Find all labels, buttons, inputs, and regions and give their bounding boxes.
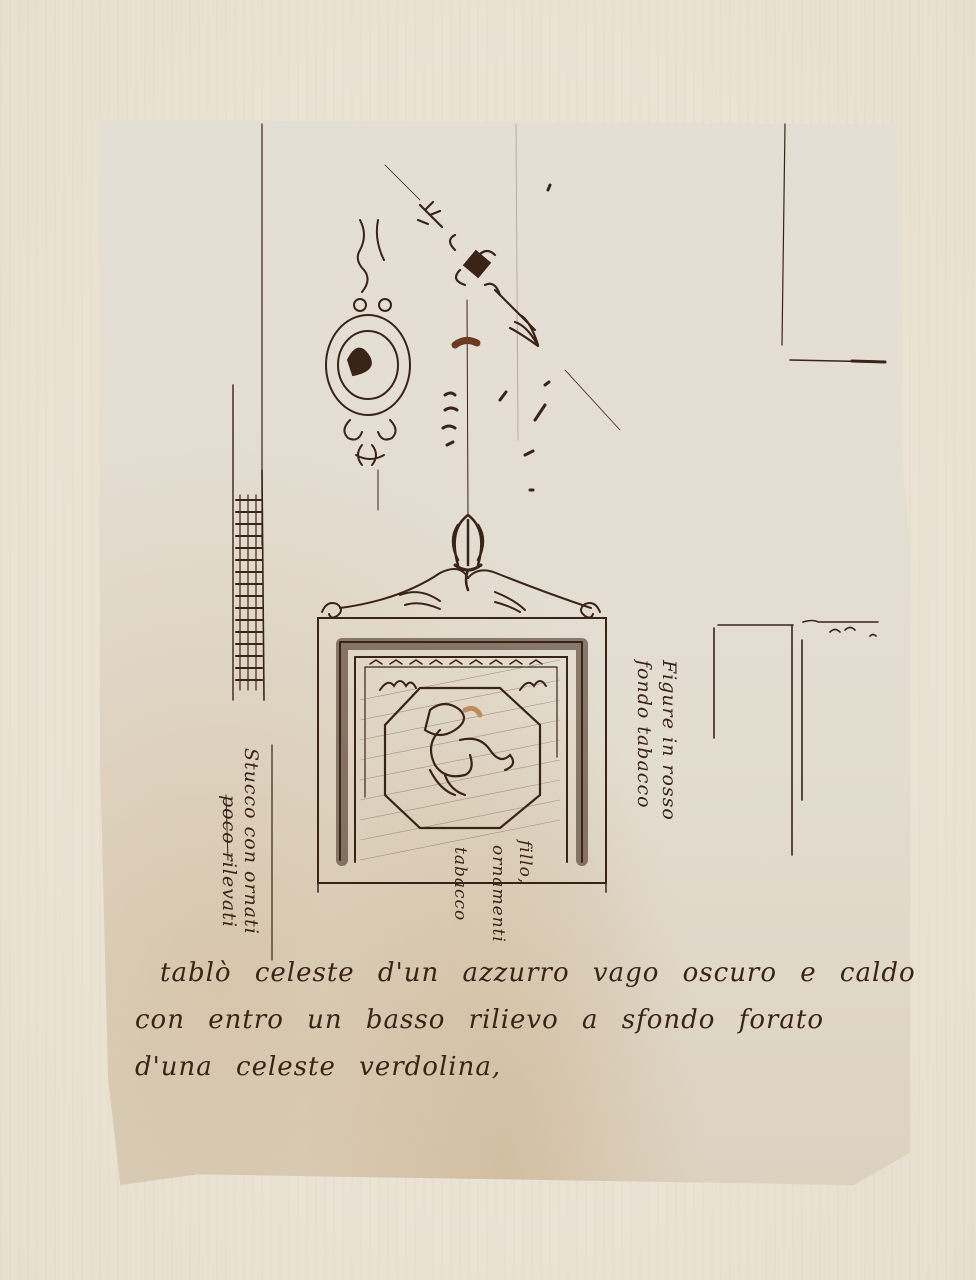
note-stucco: Stucco con ornati [240, 748, 262, 935]
caption-line-2: con entro un basso rilievo a sfondo fora… [135, 1005, 824, 1035]
scroll-cresting [322, 569, 600, 618]
caption-line-1: tablò celeste d'un azzurro vago oscuro e… [160, 958, 916, 988]
note-tobacco: tabacco [450, 847, 470, 921]
octagonal-relief [385, 688, 540, 828]
note-fillet: fillo, [515, 840, 535, 884]
medallion-ornament [326, 220, 410, 510]
ink-drawing [0, 0, 976, 1280]
note-low-relief: poco rilevati [218, 795, 240, 928]
note-ornaments: ornamenti [488, 845, 508, 943]
ornamental-band [236, 495, 262, 690]
caption-line-3: d'una celeste verdolina, [135, 1052, 501, 1082]
note-ground-color: fondo tabacco [633, 660, 655, 809]
figure-group [425, 704, 513, 795]
note-figure-color: Figure in rosso [658, 660, 680, 821]
candelabra-ornament [418, 202, 538, 346]
cornice-sketch [714, 621, 878, 856]
